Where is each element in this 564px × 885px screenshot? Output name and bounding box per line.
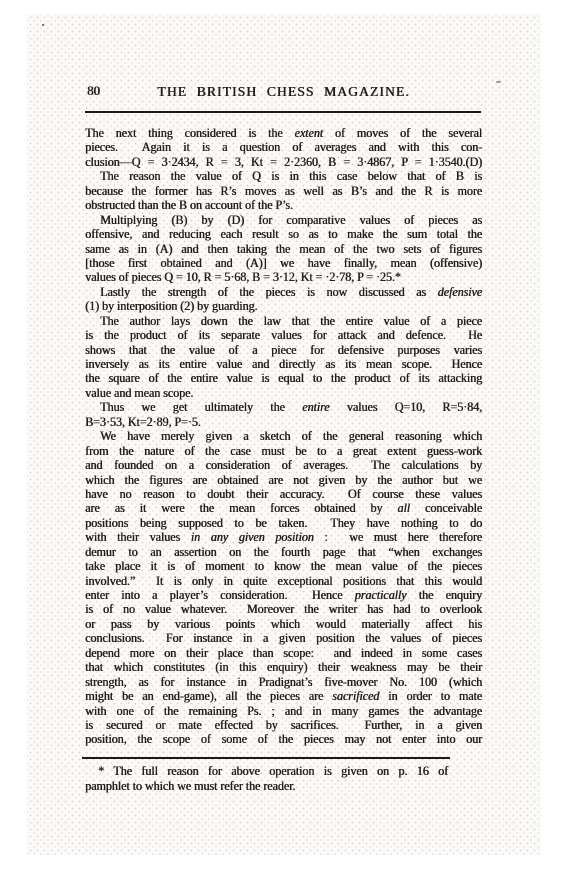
text-segment: strength, as for instance in Pradignat’s…	[85, 675, 482, 689]
text-segment: : we must here therefore	[314, 530, 482, 544]
text-line: involved.” It is only in quite exception…	[85, 574, 482, 588]
text-line: from the nature of the case must be to a…	[85, 444, 482, 458]
text-segment: same as in (A) and then taking the mean …	[85, 242, 482, 256]
text-line: pieces. Again it is a question of averag…	[85, 140, 482, 154]
text-segment: pieces. Again it is a question of averag…	[85, 140, 482, 154]
paragraph: * The full reason for above operation is…	[85, 764, 448, 793]
text-segment: which the figures are obtained are not g…	[85, 473, 482, 487]
text-segment: We have merely given a sketch of the gen…	[100, 429, 482, 443]
text-segment: the square of the entire value is equal …	[85, 371, 482, 385]
text-line: is secured or mate effected by sacrifice…	[85, 718, 482, 732]
text-line: that which constitutes (in this enquiry)…	[85, 660, 482, 674]
text-line: is the product of its separate values fo…	[85, 328, 482, 342]
text-line: shows that the value of a piece for defe…	[85, 343, 482, 357]
text-segment: The author lays down the law that the en…	[100, 314, 482, 328]
text-line: inversely as its entire value and direct…	[85, 357, 482, 371]
text-line: is of no value whatever. Moreover the wr…	[85, 602, 482, 616]
text-line: We have merely given a sketch of the gen…	[85, 429, 482, 443]
magazine-title: THE BRITISH CHESS MAGAZINE.	[157, 84, 409, 99]
text-line: because the former has R’s moves as well…	[85, 184, 482, 198]
text-segment: Lastly the strength of the pieces is now…	[100, 285, 438, 299]
italic-text: in any given position	[191, 530, 314, 544]
italic-text: practically	[355, 588, 407, 602]
text-line: position, the scope of some of the piece…	[85, 732, 482, 746]
scanned-magazine-page: { "page": { "page_number": "80", "header…	[0, 0, 564, 885]
text-segment: in order to mate	[379, 689, 482, 703]
text-line: The next thing considered is the extent …	[85, 126, 482, 140]
text-segment: (1) by interposition (2) by guarding.	[85, 299, 257, 313]
text-line: value and mean scope.	[85, 386, 482, 400]
text-line: or pass by various points which would ma…	[85, 617, 482, 631]
paragraph: We have merely given a sketch of the gen…	[85, 429, 482, 747]
text-segment: because the former has R’s moves as well…	[85, 184, 482, 198]
text-segment: pamphlet to which we must refer the read…	[85, 779, 295, 793]
text-segment: the enquiry	[406, 588, 482, 602]
text-segment: Thus we get ultimately the	[100, 400, 302, 414]
text-line: Lastly the strength of the pieces is now…	[85, 285, 482, 299]
text-segment: value and mean scope.	[85, 386, 193, 400]
text-line: with their values in any given position …	[85, 530, 482, 544]
text-segment: obstructed than the B on account of the …	[85, 198, 293, 212]
text-segment: have no reason to doubt their accuracy. …	[85, 487, 482, 501]
text-line: and founded on a consideration of averag…	[85, 458, 482, 472]
text-line: conclusions. For instance in a given pos…	[85, 631, 482, 645]
text-line: take place it is of moment to know the m…	[85, 559, 482, 573]
text-segment: values of pieces Q = 10, R = 5·68, B = 3…	[85, 270, 401, 284]
text-segment: * The full reason for above operation is…	[98, 764, 448, 778]
text-segment: depend more on their place than scope: a…	[85, 646, 482, 660]
text-line: the square of the entire value is equal …	[85, 371, 482, 385]
text-line: Multiplying (B) by (D) for comparative v…	[85, 213, 482, 227]
text-segment: demur to an assertion on the fourth page…	[85, 545, 482, 559]
text-segment: [those first obtained and (A)] we have f…	[85, 256, 482, 270]
italic-text: entire	[302, 400, 329, 414]
article-body: The next thing considered is the extent …	[85, 126, 482, 747]
paragraph: The next thing considered is the extent …	[85, 126, 482, 169]
text-segment: offensive, and reducing each result so a…	[85, 227, 482, 241]
italic-text: sacrificed	[332, 689, 379, 703]
text-line: [those first obtained and (A)] we have f…	[85, 256, 482, 270]
text-line: demur to an assertion on the fourth page…	[85, 545, 482, 559]
paragraph: Thus we get ultimately the entire values…	[85, 400, 482, 429]
text-line: which the figures are obtained are not g…	[85, 473, 482, 487]
page-number: 80	[87, 84, 100, 99]
text-segment: The next thing considered is the	[85, 126, 294, 140]
text-line: values of pieces Q = 10, R = 5·68, B = 3…	[85, 270, 482, 284]
paragraph: Multiplying (B) by (D) for comparative v…	[85, 213, 482, 285]
text-segment: B=3·53, Kt=2·89, P=·5.	[85, 415, 201, 429]
text-segment: clusion—Q = 3·2434, R = 3, Kt = 2·2360, …	[85, 155, 482, 169]
text-segment: position, the scope of some of the piece…	[85, 732, 482, 746]
text-line: depend more on their place than scope: a…	[85, 646, 482, 660]
text-segment: The reason the value of Q is in this cas…	[100, 169, 482, 183]
text-line: have no reason to doubt their accuracy. …	[85, 487, 482, 501]
text-line: The author lays down the law that the en…	[85, 314, 482, 328]
paragraph: Lastly the strength of the pieces is now…	[85, 285, 482, 314]
text-segment: shows that the value of a piece for defe…	[85, 343, 482, 357]
text-segment: is secured or mate effected by sacrifice…	[85, 718, 482, 732]
text-line: The reason the value of Q is in this cas…	[85, 169, 482, 183]
scan-speck	[42, 24, 44, 26]
text-segment: of moves of the several	[323, 126, 482, 140]
footnote: * The full reason for above operation is…	[85, 764, 448, 793]
text-segment: inversely as its entire value and direct…	[85, 357, 482, 371]
text-segment: conceivable	[410, 501, 482, 515]
text-line: might be an end-game), all the pieces ar…	[85, 689, 482, 703]
text-line: positions being supposed to be taken. Th…	[85, 516, 482, 530]
text-segment: values Q=10, R=5·84,	[329, 400, 482, 414]
text-segment: and founded on a consideration of averag…	[85, 458, 482, 472]
paragraph: The reason the value of Q is in this cas…	[85, 169, 482, 212]
text-segment: from the nature of the case must be to a…	[85, 444, 482, 458]
footnote-rule	[82, 757, 450, 759]
text-segment: that which constitutes (in this enquiry)…	[85, 660, 482, 674]
text-segment: is of no value whatever. Moreover the wr…	[85, 602, 482, 616]
text-line: with one of the remaining Ps. ; and in m…	[85, 704, 482, 718]
italic-text: all	[397, 501, 410, 515]
text-segment: involved.” It is only in quite exception…	[85, 574, 482, 588]
italic-text: defensive	[438, 285, 482, 299]
scan-speck	[496, 81, 501, 83]
header-rule	[85, 111, 481, 113]
text-line: * The full reason for above operation is…	[85, 764, 448, 779]
text-segment: Multiplying (B) by (D) for comparative v…	[100, 213, 482, 227]
text-segment: might be an end-game), all the pieces ar…	[85, 689, 332, 703]
text-line: obstructed than the B on account of the …	[85, 198, 482, 212]
text-segment: conclusions. For instance in a given pos…	[85, 631, 482, 645]
text-segment: take place it is of moment to know the m…	[85, 559, 482, 573]
page-header: 80 THE BRITISH CHESS MAGAZINE.	[85, 84, 482, 99]
text-line: (1) by interposition (2) by guarding.	[85, 299, 482, 313]
text-segment: with one of the remaining Ps. ; and in m…	[85, 704, 482, 718]
text-line: enter into a player’s consideration. Hen…	[85, 588, 482, 602]
text-line: are as it were the mean forces obtained …	[85, 501, 482, 515]
text-line: offensive, and reducing each result so a…	[85, 227, 482, 241]
text-segment: positions being supposed to be taken. Th…	[85, 516, 482, 530]
text-segment: are as it were the mean forces obtained …	[85, 501, 397, 515]
text-segment: or pass by various points which would ma…	[85, 617, 482, 631]
text-segment: enter into a player’s consideration. Hen…	[85, 588, 355, 602]
italic-text: extent	[294, 126, 323, 140]
text-line: same as in (A) and then taking the mean …	[85, 242, 482, 256]
text-line: B=3·53, Kt=2·89, P=·5.	[85, 415, 482, 429]
text-line: strength, as for instance in Pradignat’s…	[85, 675, 482, 689]
text-segment: is the product of its separate values fo…	[85, 328, 482, 342]
text-segment: with their values	[85, 530, 191, 544]
text-line: Thus we get ultimately the entire values…	[85, 400, 482, 414]
text-line: pamphlet to which we must refer the read…	[85, 779, 448, 794]
paragraph: The author lays down the law that the en…	[85, 314, 482, 401]
text-line: clusion—Q = 3·2434, R = 3, Kt = 2·2360, …	[85, 155, 482, 169]
